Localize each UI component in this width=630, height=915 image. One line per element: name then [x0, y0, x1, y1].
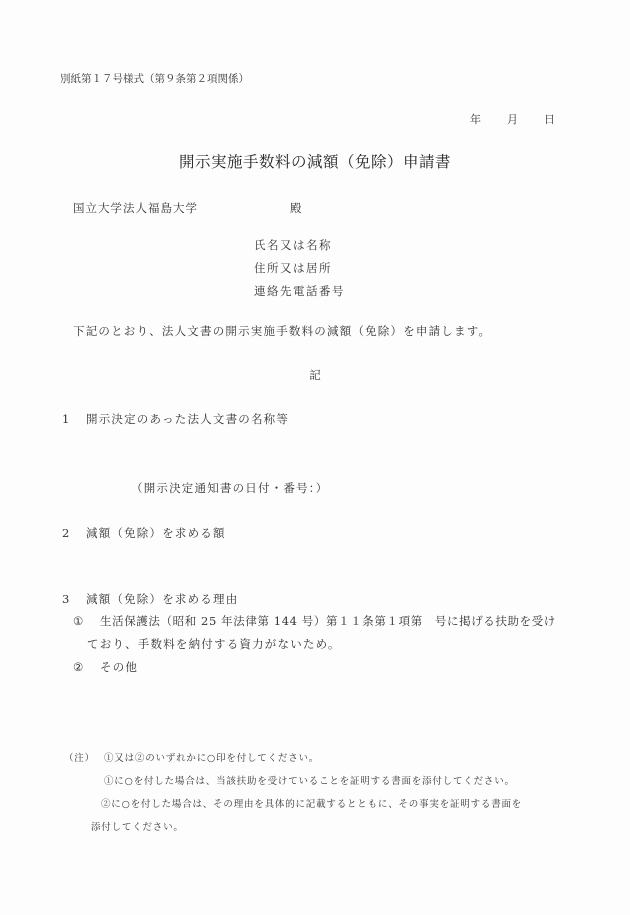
applicant-phone-label: 連絡先電話番号 — [254, 283, 345, 299]
notes-label: （注） — [64, 750, 95, 764]
section-label: 減額（免除）を求める額 — [86, 526, 226, 540]
reason-1: ①生活保護法（昭和 25 年法律第 144 号）第１１条第１項第 号に掲げる扶助… — [73, 613, 556, 629]
reason-2-text: その他 — [100, 660, 138, 674]
applicant-name-label: 氏名又は名称 — [254, 237, 332, 253]
reason-2-mark: ② — [73, 660, 100, 674]
section-1: 1開示決定のあった法人文書の名称等 — [62, 411, 289, 427]
section-number: 2 — [62, 526, 86, 540]
note-line: ①に○を付した場合は、当該扶助を受けていることを証明する書面を添付してください。 — [104, 773, 515, 787]
section-2: 2減額（免除）を求める額 — [62, 525, 226, 541]
addressee-name: 国立大学法人福島大学 — [73, 200, 198, 216]
reason-1-text: 生活保護法（昭和 25 年法律第 144 号）第１１条第１項第 号に掲げる扶助を… — [100, 614, 556, 628]
note-line: 添付してください。 — [91, 819, 184, 833]
document-title: 開示実施手数料の減額（免除）申請書 — [0, 150, 630, 172]
note-line: ②に○を付した場合は、その理由を具体的に記載するとともに、その事実を証明する書面… — [101, 796, 522, 810]
notice-reference: （開示決定通知書の日付・番号：） — [131, 480, 328, 496]
date-day-label: 日 — [544, 111, 555, 127]
reason-1-continued: ており、手数料を納付する資力がないため。 — [87, 636, 341, 652]
section-3: 3減額（免除）を求める理由 — [62, 591, 238, 607]
date-row: 年月日 — [470, 111, 555, 127]
intro-text: 下記のとおり、法人文書の開示実施手数料の減額（免除）を申請します。 — [73, 323, 491, 339]
applicant-address-label: 住所又は居所 — [254, 260, 332, 276]
section-number: 3 — [62, 592, 86, 606]
date-year-label: 年 — [470, 111, 481, 127]
section-label: 減額（免除）を求める理由 — [86, 592, 238, 606]
section-label: 開示決定のあった法人文書の名称等 — [86, 412, 289, 426]
addressee-honorific: 殿 — [290, 200, 302, 216]
section-number: 1 — [62, 412, 86, 426]
reason-2: ②その他 — [73, 659, 138, 675]
note-line: ①又は②のいずれかに○印を付してください。 — [104, 750, 319, 764]
ki-heading: 記 — [0, 367, 630, 383]
reason-1-mark: ① — [73, 614, 100, 628]
date-month-label: 月 — [507, 111, 518, 127]
form-code: 別紙第１７号様式（第９条第２項関係） — [60, 71, 249, 86]
